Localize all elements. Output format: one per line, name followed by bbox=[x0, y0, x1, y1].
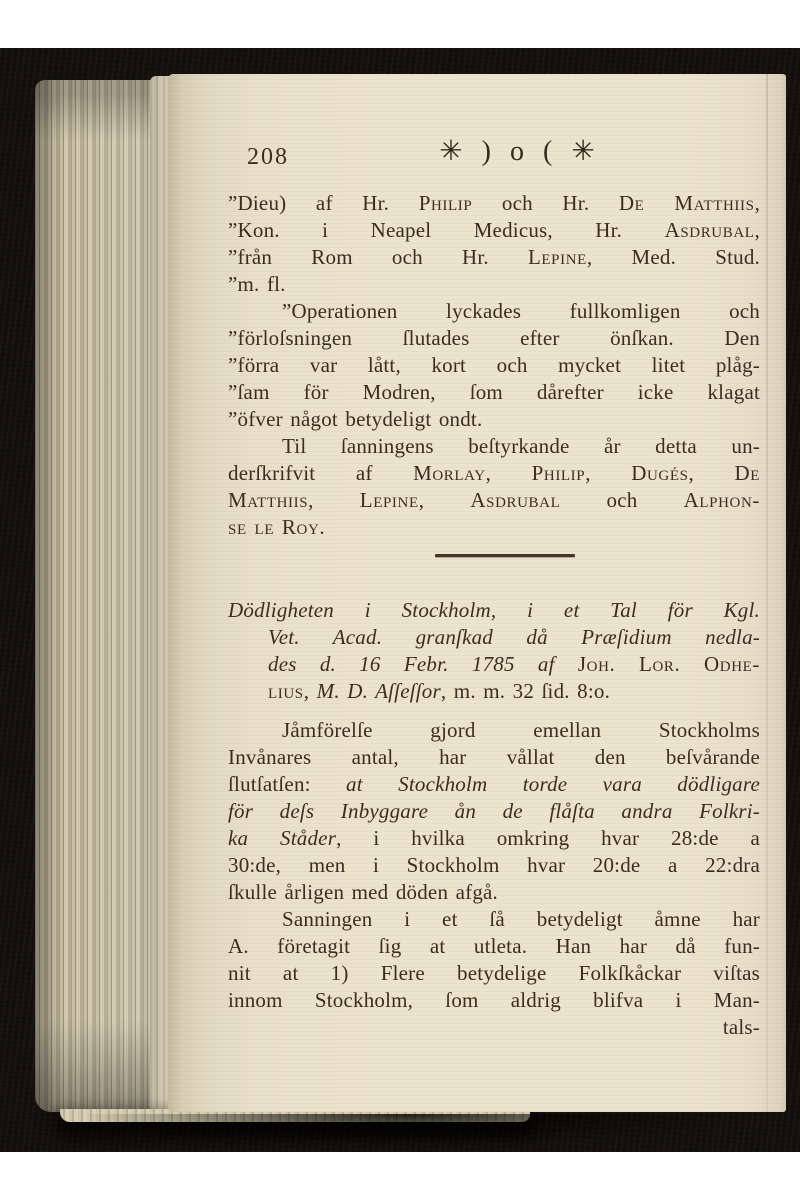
text-line: Dödligheten i Stockholm, i et Tal för Kg… bbox=[228, 597, 760, 624]
text-segment: , bbox=[419, 488, 471, 512]
book-shadow bbox=[90, 1114, 730, 1144]
text-segment: , bbox=[585, 461, 631, 485]
text-line: Jåmförelſe gjord emellan Stockholms bbox=[228, 717, 760, 744]
text-segment: De bbox=[735, 461, 761, 485]
text-segment: Dugés bbox=[631, 461, 688, 485]
text-line: Til ſanningens beſtyrkande år detta un- bbox=[228, 433, 760, 460]
catchword-block: tals- bbox=[228, 1014, 760, 1041]
text-segment: , Med. Stud. bbox=[587, 245, 760, 269]
text-segment: tals- bbox=[723, 1015, 760, 1039]
text-segment: ”förloſsningen ſlutades efter önſkan. De… bbox=[228, 326, 760, 350]
text-segment: . bbox=[319, 515, 324, 539]
text-line: ka Ståder, i hvilka omkring hvar 28:de a bbox=[228, 825, 760, 852]
text-segment: des d. 16 Febr. 1785 af bbox=[268, 652, 578, 676]
text-line: A. företagit ſig at utleta. Han har då f… bbox=[228, 933, 760, 960]
text-line: lius, M. D. Aſſeſſor, m. m. 32 ſid. 8:o. bbox=[228, 678, 760, 705]
text-line: tals- bbox=[228, 1014, 760, 1041]
text-segment: Asdrubal bbox=[665, 218, 755, 242]
text-segment: De Matthiis bbox=[619, 191, 755, 215]
text-segment: , m. m. 32 ſid. 8:o. bbox=[441, 679, 610, 703]
text-segment: innom Stockholm, ſom aldrig blifva i Man… bbox=[228, 988, 760, 1012]
text-line: Matthiis, Lepine, Asdrubal och Alphon- bbox=[228, 487, 760, 514]
text-line: Vet. Acad. granſkad då Præſidium nedla- bbox=[228, 624, 760, 651]
paragraph-block: Til ſanningens beſtyrkande år detta un-d… bbox=[228, 433, 760, 541]
page-number: 208 bbox=[247, 144, 289, 171]
photo-backdrop: 208 ✳ ) o ( ✳ ”Dieu) af Hr. Philip och H… bbox=[0, 48, 800, 1152]
text-line: derſkrifvit af Morlay, Philip, Dugés, De bbox=[228, 460, 760, 487]
text-segment: lius bbox=[268, 679, 304, 703]
text-segment: Dödligheten i Stockholm, i et Tal för Kg… bbox=[228, 598, 760, 622]
text-segment: ”från Rom och Hr. bbox=[228, 245, 528, 269]
text-segment: se le Roy bbox=[228, 515, 319, 539]
text-segment: nit at 1) Flere betydelige Folkſkåckar v… bbox=[228, 961, 760, 985]
text-line: ”förra var lått, kort och mycket litet p… bbox=[228, 352, 760, 379]
text-segment: ſlutſatſen: bbox=[228, 772, 346, 796]
text-segment: ”öfver något betydeligt ondt. bbox=[228, 407, 482, 431]
text-segment: , bbox=[755, 191, 760, 215]
book-left-page-edges bbox=[35, 80, 165, 1112]
text-segment: , bbox=[304, 679, 317, 703]
text-segment: Jåmförelſe gjord emellan Stockholms bbox=[282, 718, 760, 742]
text-segment: Lepine bbox=[528, 245, 587, 269]
text-line: ”från Rom och Hr. Lepine, Med. Stud. bbox=[228, 244, 760, 271]
text-segment: ”ſam för Modren, ſom dårefter icke klaga… bbox=[228, 380, 760, 404]
header-ornament: ✳ ) o ( ✳ bbox=[390, 134, 650, 168]
text-line: ”Kon. i Neapel Medicus, Hr. Asdrubal, bbox=[228, 217, 760, 244]
text-segment: Sanningen i et ſå betydeligt åmne har bbox=[282, 907, 760, 931]
text-segment: Til ſanningens beſtyrkande år detta un- bbox=[282, 434, 760, 458]
heading-block: Dödligheten i Stockholm, i et Tal för Kg… bbox=[228, 597, 760, 705]
text-line: Invånares antal, har vållat den beſvåran… bbox=[228, 744, 760, 771]
text-segment: ſkulle årligen med döden afgå. bbox=[228, 880, 498, 904]
text-segment: Alphon- bbox=[684, 488, 760, 512]
text-segment: , bbox=[486, 461, 532, 485]
text-segment: för deſs Inbyggare ån de flåſta andra Fo… bbox=[228, 799, 760, 823]
text-line: 30:de, men i Stockholm hvar 20:de a 22:d… bbox=[228, 852, 760, 879]
text-segment: ”förra var lått, kort och mycket litet p… bbox=[228, 353, 760, 377]
text-segment: at Stockholm torde vara dödligare bbox=[346, 772, 760, 796]
text-segment: Asdrubal bbox=[470, 488, 560, 512]
text-segment: ka Ståder bbox=[228, 826, 336, 850]
text-segment: derſkrifvit af bbox=[228, 461, 413, 485]
text-line: nit at 1) Flere betydelige Folkſkåckar v… bbox=[228, 960, 760, 987]
text-line: ”m. fl. bbox=[228, 271, 760, 298]
text-segment: Matthiis bbox=[228, 488, 308, 512]
text-segment: ”m. fl. bbox=[228, 272, 286, 296]
text-segment: ”Kon. i Neapel Medicus, Hr. bbox=[228, 218, 665, 242]
text-segment: Vet. Acad. granſkad då Præſidium nedla- bbox=[268, 625, 760, 649]
text-column: ”Dieu) af Hr. Philip och Hr. De Matthiis… bbox=[228, 190, 760, 1041]
text-line: se le Roy. bbox=[228, 514, 760, 541]
text-segment: Lepine bbox=[360, 488, 419, 512]
text-line: ”förloſsningen ſlutades efter önſkan. De… bbox=[228, 325, 760, 352]
text-line: ”Operationen lyckades fullkomligen och bbox=[228, 298, 760, 325]
text-segment: Philip bbox=[532, 461, 586, 485]
text-line: ſlutſatſen: at Stockholm torde vara dödl… bbox=[228, 771, 760, 798]
text-segment: Philip bbox=[419, 191, 473, 215]
text-segment: A. företagit ſig at utleta. Han har då f… bbox=[228, 934, 760, 958]
text-line: ”ſam för Modren, ſom dårefter icke klaga… bbox=[228, 379, 760, 406]
text-segment: ”Dieu) af Hr. bbox=[228, 191, 419, 215]
text-segment: M. D. Aſſeſſor bbox=[317, 679, 441, 703]
text-segment: Joh. Lor. Odhe- bbox=[578, 652, 760, 676]
text-segment: ”Operationen lyckades fullkomligen och bbox=[282, 299, 760, 323]
text-segment: 30:de, men i Stockholm hvar 20:de a 22:d… bbox=[228, 853, 760, 877]
text-segment: Invånares antal, har vållat den beſvåran… bbox=[228, 745, 760, 769]
text-segment: , bbox=[689, 461, 735, 485]
text-segment: , bbox=[755, 218, 760, 242]
text-line: ſkulle årligen med döden afgå. bbox=[228, 879, 760, 906]
section-divider bbox=[435, 554, 575, 557]
text-line: ”Dieu) af Hr. Philip och Hr. De Matthiis… bbox=[228, 190, 760, 217]
text-line: ”öfver något betydeligt ondt. bbox=[228, 406, 760, 433]
paragraph-block: Jåmförelſe gjord emellan StockholmsInvån… bbox=[228, 717, 760, 906]
text-line: för deſs Inbyggare ån de flåſta andra Fo… bbox=[228, 798, 760, 825]
paragraph-block: ”Dieu) af Hr. Philip och Hr. De Matthiis… bbox=[228, 190, 760, 298]
paragraph-block: ”Operationen lyckades fullkomligen och”f… bbox=[228, 298, 760, 433]
paragraph-block: Sanningen i et ſå betydeligt åmne harA. … bbox=[228, 906, 760, 1014]
text-segment: , bbox=[308, 488, 360, 512]
text-segment: Morlay bbox=[413, 461, 486, 485]
text-line: innom Stockholm, ſom aldrig blifva i Man… bbox=[228, 987, 760, 1014]
text-segment: , i hvilka omkring hvar 28:de a bbox=[336, 826, 760, 850]
text-line: Sanningen i et ſå betydeligt åmne har bbox=[228, 906, 760, 933]
text-line: des d. 16 Febr. 1785 af Joh. Lor. Odhe- bbox=[228, 651, 760, 678]
text-segment: och Hr. bbox=[472, 191, 619, 215]
text-segment: och bbox=[560, 488, 683, 512]
